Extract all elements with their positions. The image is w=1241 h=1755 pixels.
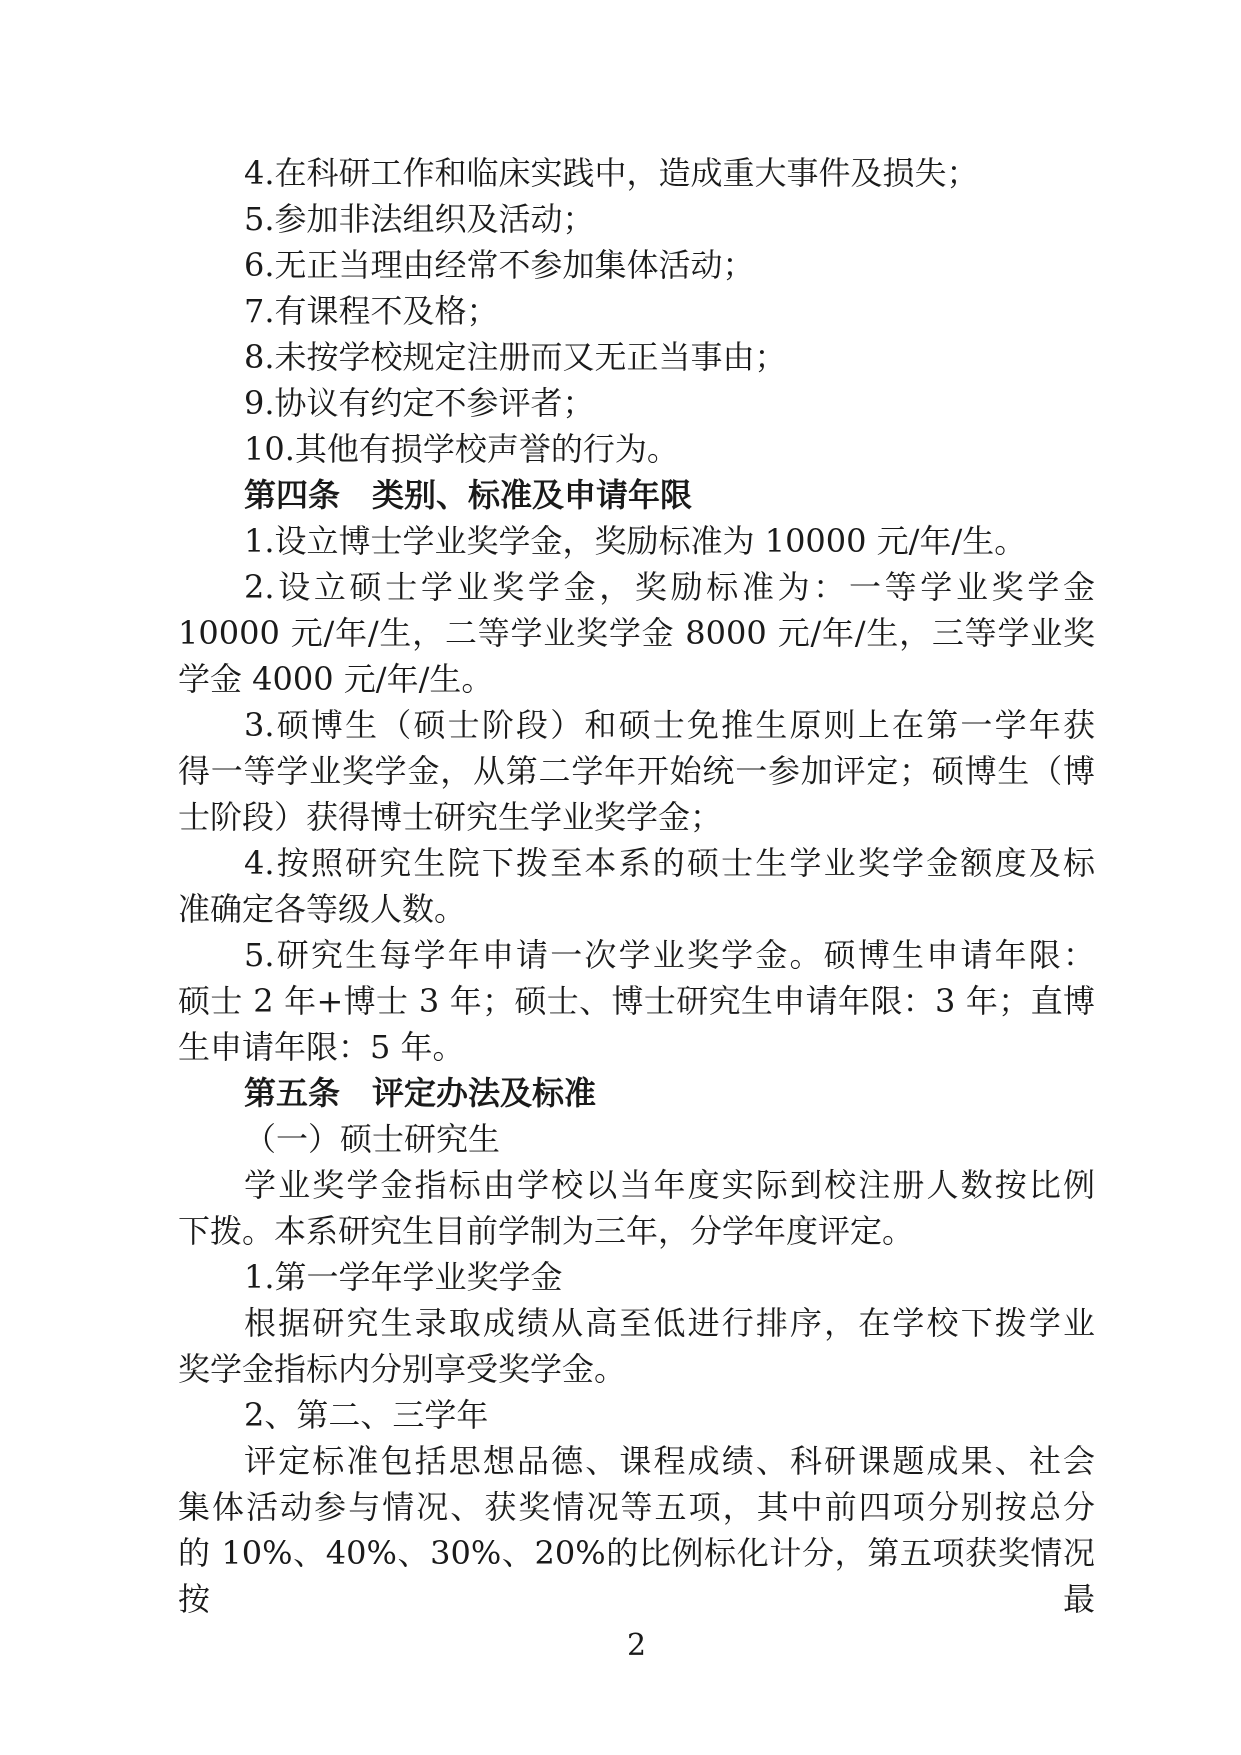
text-line: 集体活动参与情况、获奖情况等五项，其中前四项分别按总分: [178, 1484, 1095, 1530]
text-line: 10.其他有损学校声誉的行为。: [178, 426, 1095, 472]
page-number: 2: [178, 1626, 1095, 1666]
text-line: 1.设立博士学业奖学金，奖励标准为 10000 元/年/生。: [178, 518, 1095, 564]
text-line: 9.协议有约定不参评者；: [178, 380, 1095, 426]
text-line: 准确定各等级人数。: [178, 886, 1095, 932]
text-line: 1.第一学年学业奖学金: [178, 1254, 1095, 1300]
text-line: 4.在科研工作和临床实践中，造成重大事件及损失；: [178, 150, 1095, 196]
text-line: 评定标准包括思想品德、课程成绩、科研课题成果、社会: [178, 1438, 1095, 1484]
text-line: 生申请年限：5 年。: [178, 1024, 1095, 1070]
text-line: 5.研究生每学年申请一次学业奖学金。硕博生申请年限：: [178, 932, 1095, 978]
heading-line: 第五条 评定办法及标准: [178, 1070, 1095, 1116]
text-line: 奖学金指标内分别享受奖学金。: [178, 1346, 1095, 1392]
text-line: 下拨。本系研究生目前学制为三年，分学年度评定。: [178, 1208, 1095, 1254]
text-line: 2.设立硕士学业奖学金，奖励标准为：一等学业奖学金: [178, 564, 1095, 610]
document-body: 4.在科研工作和临床实践中，造成重大事件及损失；5.参加非法组织及活动；6.无正…: [178, 150, 1095, 1576]
text-line: 10000 元/年/生，二等学业奖学金 8000 元/年/生，三等学业奖: [178, 610, 1095, 656]
heading-line: 第四条 类别、标准及申请年限: [178, 472, 1095, 518]
text-line: 2、第二、三学年: [178, 1392, 1095, 1438]
text-line: 学金 4000 元/年/生。: [178, 656, 1095, 702]
text-line: 8.未按学校规定注册而又无正当事由；: [178, 334, 1095, 380]
text-line: 4.按照研究生院下拨至本系的硕士生学业奖学金额度及标: [178, 840, 1095, 886]
text-line: 得一等学业奖学金，从第二学年开始统一参加评定；硕博生（博: [178, 748, 1095, 794]
text-line: 士阶段）获得博士研究生学业奖学金；: [178, 794, 1095, 840]
text-line: 的 10%、40%、30%、20%的比例标化计分，第五项获奖情况按最: [178, 1530, 1095, 1576]
text-line: 6.无正当理由经常不参加集体活动；: [178, 242, 1095, 288]
text-line: 3.硕博生（硕士阶段）和硕士免推生原则上在第一学年获: [178, 702, 1095, 748]
text-line: 学业奖学金指标由学校以当年度实际到校注册人数按比例: [178, 1162, 1095, 1208]
text-line: 硕士 2 年+博士 3 年；硕士、博士研究生申请年限：3 年；直博: [178, 978, 1095, 1024]
text-line: 根据研究生录取成绩从高至低进行排序，在学校下拨学业: [178, 1300, 1095, 1346]
text-line: 5.参加非法组织及活动；: [178, 196, 1095, 242]
text-line: （一）硕士研究生: [178, 1116, 1095, 1162]
document-page: 4.在科研工作和临床实践中，造成重大事件及损失；5.参加非法组织及活动；6.无正…: [0, 0, 1241, 1755]
text-line: 7.有课程不及格；: [178, 288, 1095, 334]
